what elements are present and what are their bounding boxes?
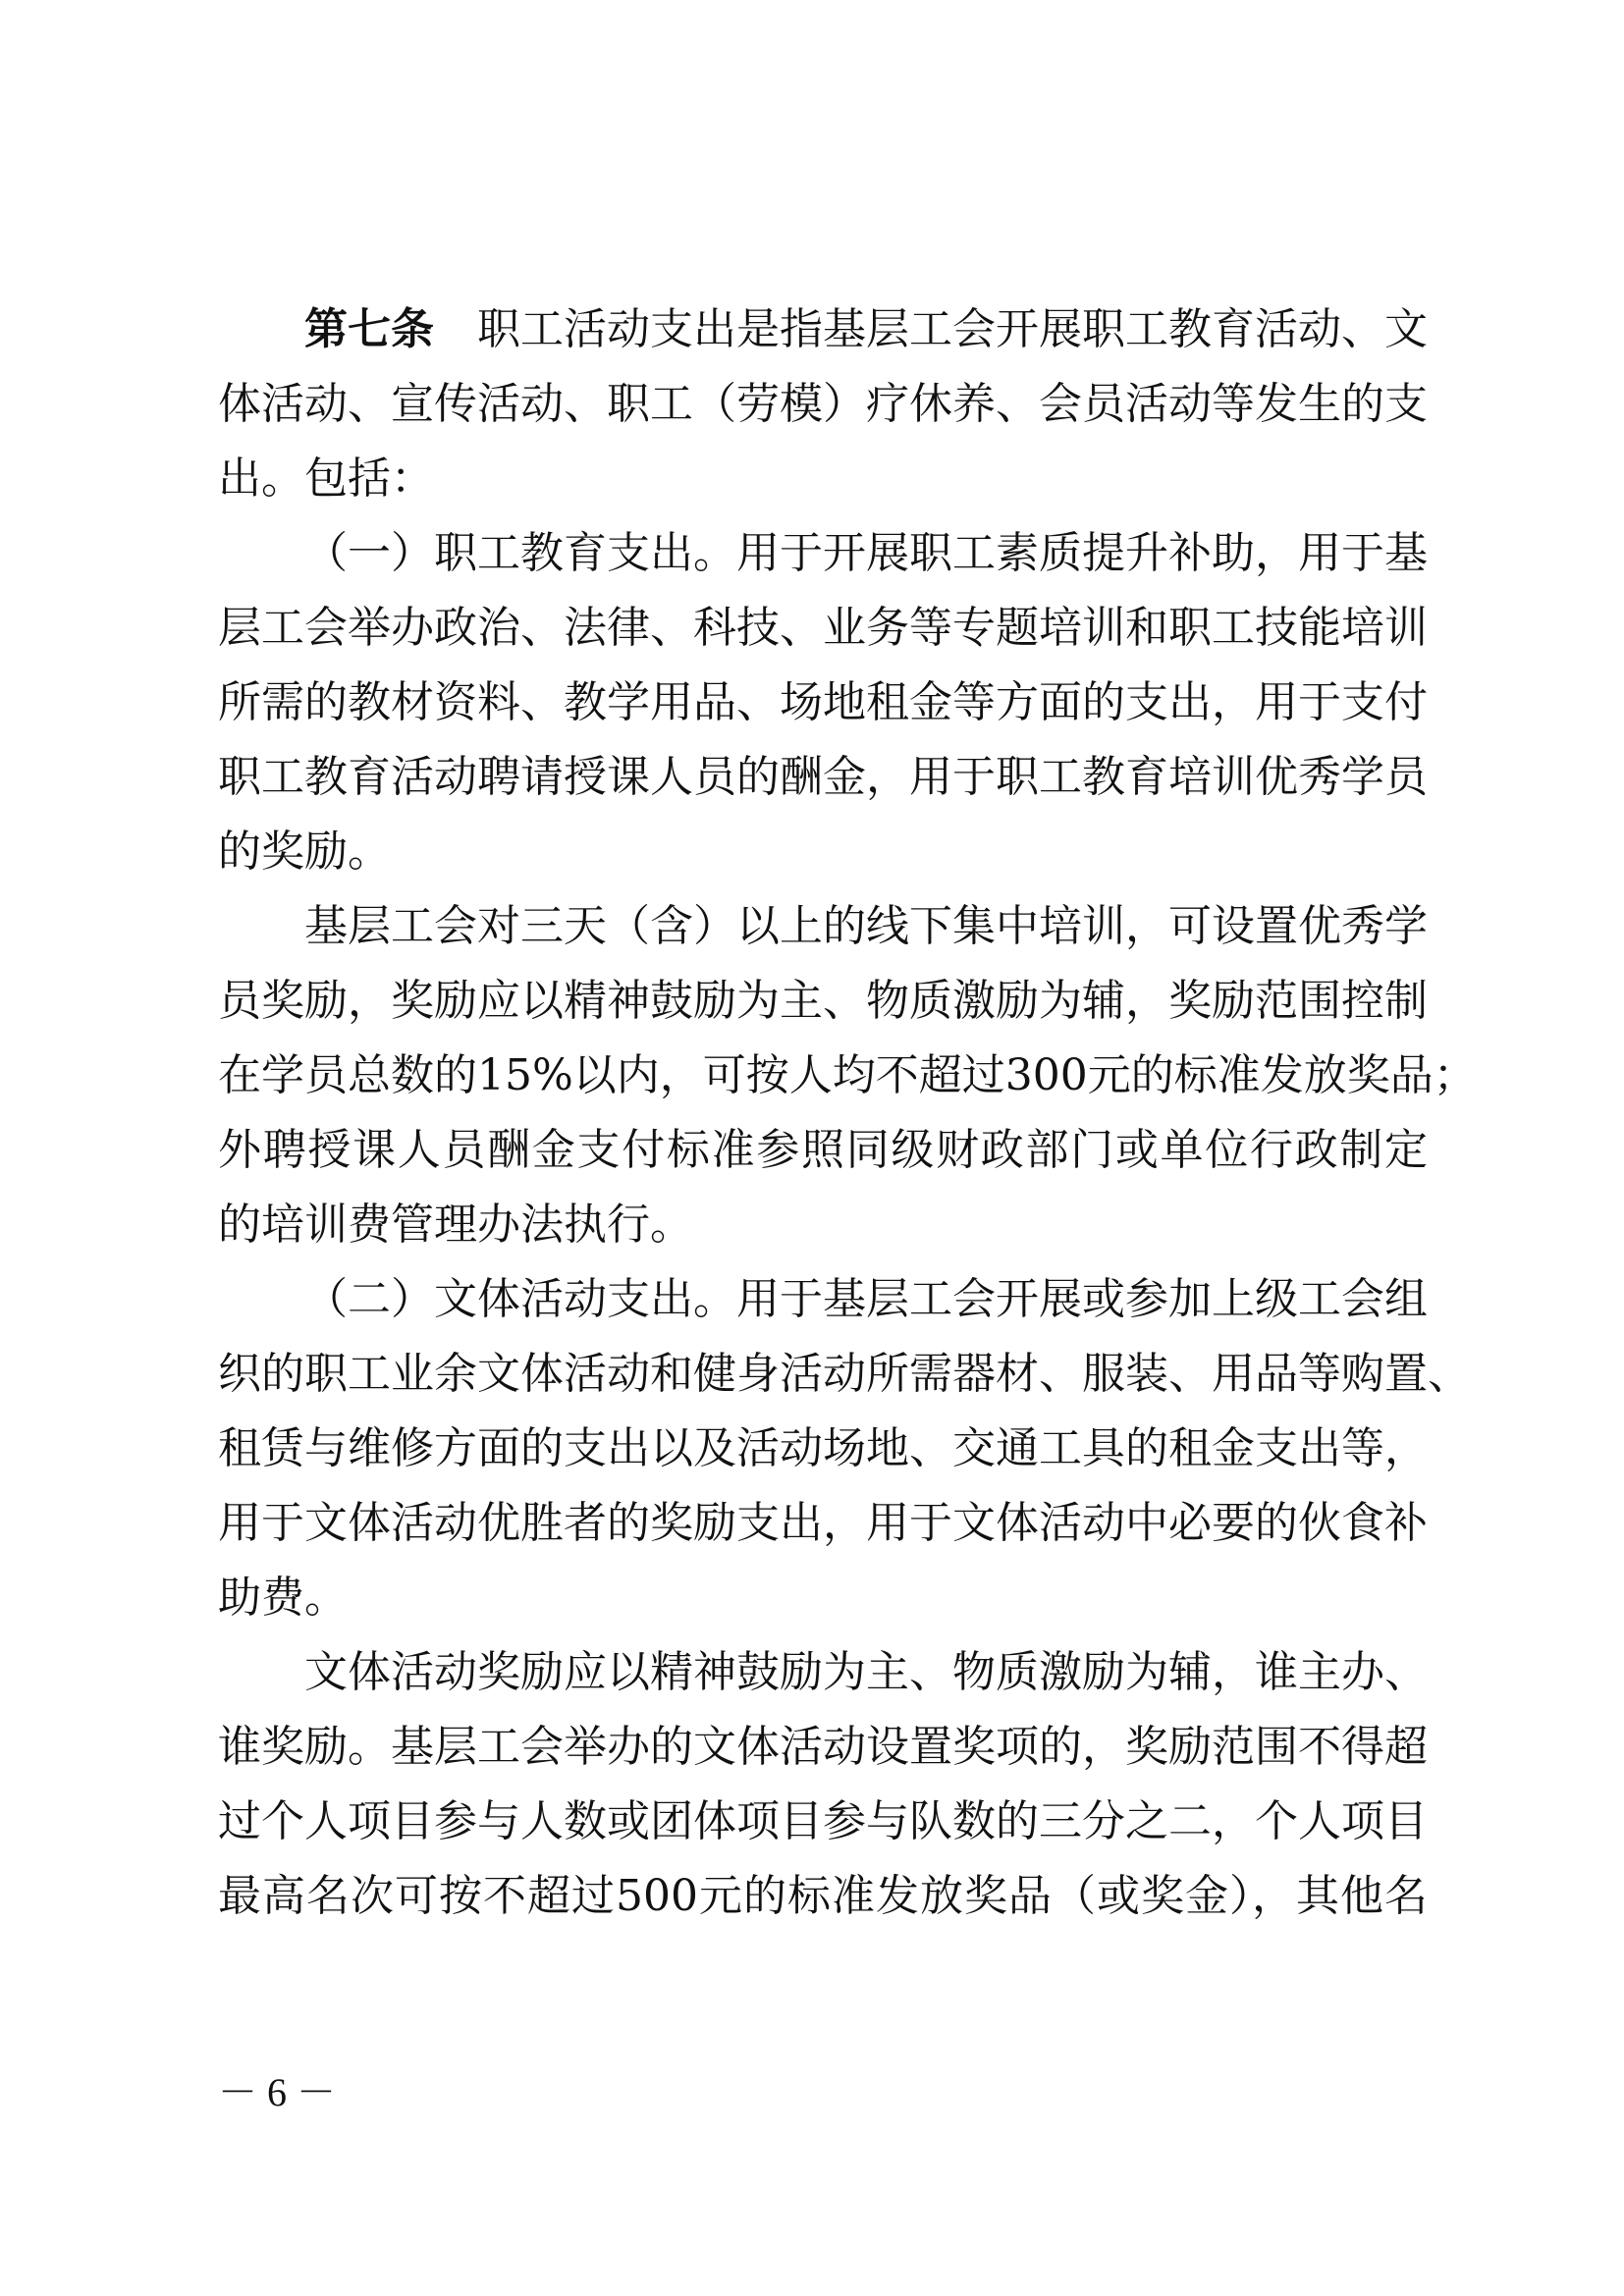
page-number: － 6 －	[218, 2061, 336, 2117]
line-text: 层工会举办政治、法律、科技、业务等专题培训和职工技能培训	[218, 603, 1428, 653]
line-text: 所需的教材资料、教学用品、场地租金等方面的支出，用于支付	[218, 677, 1428, 727]
text-line: 文体活动奖励应以精神鼓励为主、物质激励为辅，谁主办、	[218, 1633, 1428, 1712]
line-text: 谁奖励。基层工会举办的文体活动设置奖项的，奖励范围不得超	[218, 1722, 1428, 1772]
line-text: 出。包括：	[218, 454, 434, 504]
text-line: 织的职工业余文体活动和健身活动所需器材、服装、用品等购置、	[218, 1335, 1428, 1414]
line-text: 最高名次可按不超过500元的标准发放奖品（或奖金），其他名	[218, 1871, 1428, 1921]
line-text: 用于文体活动优胜者的奖励支出，用于文体活动中必要的伙食补	[218, 1498, 1428, 1548]
text-line: 外聘授课人员酬金支付标准参照同级财政部门或单位行政制定	[218, 1111, 1428, 1190]
line-text: 职工活动支出是指基层工会开展职工教育活动、文	[434, 304, 1428, 354]
line-text: 助费。	[218, 1573, 348, 1623]
line-text: 职工教育活动聘请授课人员的酬金，用于职工教育培训优秀学员	[218, 752, 1428, 802]
line-text: 的奖励。	[218, 827, 391, 877]
line-text: 租赁与维修方面的支出以及活动场地、交通工具的租金支出等，	[218, 1423, 1428, 1473]
line-text: 过个人项目参与人数或团体项目参与队数的三分之二，个人项目	[218, 1796, 1428, 1846]
text-line: 出。包括：	[218, 440, 1428, 518]
line-text: （二）文体活动支出。用于基层工会开展或参加上级工会组	[304, 1274, 1428, 1324]
text-line: （二）文体活动支出。用于基层工会开展或参加上级工会组	[218, 1260, 1428, 1339]
text-line: 体活动、宣传活动、职工（劳模）疗休养、会员活动等发生的支	[218, 365, 1428, 444]
text-line: 基层工会对三天（含）以上的线下集中培训，可设置优秀学	[218, 887, 1428, 966]
text-line: 第七条 职工活动支出是指基层工会开展职工教育活动、文	[218, 291, 1428, 369]
line-text: （一）职工教育支出。用于开展职工素质提升补助，用于基	[304, 528, 1428, 578]
text-line: 谁奖励。基层工会举办的文体活动设置奖项的，奖励范围不得超	[218, 1708, 1428, 1787]
line-text: 的培训费管理办法执行。	[218, 1200, 693, 1250]
article-heading: 第七条	[304, 304, 434, 354]
line-text: 在学员总数的15%以内，可按人均不超过300元的标准发放奖品；	[218, 1050, 1477, 1100]
text-line: （一）职工教育支出。用于开展职工素质提升补助，用于基	[218, 514, 1428, 593]
text-line: 最高名次可按不超过500元的标准发放奖品（或奖金），其他名	[218, 1857, 1428, 1936]
line-text: 员奖励，奖励应以精神鼓励为主、物质激励为辅，奖励范围控制	[218, 976, 1428, 1026]
text-line: 过个人项目参与人数或团体项目参与队数的三分之二，个人项目	[218, 1783, 1428, 1861]
text-line: 所需的教材资料、教学用品、场地租金等方面的支出，用于支付	[218, 664, 1428, 742]
text-line: 租赁与维修方面的支出以及活动场地、交通工具的租金支出等，	[218, 1410, 1428, 1488]
text-line: 员奖励，奖励应以精神鼓励为主、物质激励为辅，奖励范围控制	[218, 962, 1428, 1041]
line-text: 织的职工业余文体活动和健身活动所需器材、服装、用品等购置、	[218, 1349, 1471, 1399]
text-line: 的奖励。	[218, 813, 1428, 891]
line-text: 体活动、宣传活动、职工（劳模）疗休养、会员活动等发生的支	[218, 379, 1428, 429]
text-line: 的培训费管理办法执行。	[218, 1186, 1428, 1264]
text-line: 助费。	[218, 1559, 1428, 1637]
text-line: 用于文体活动优胜者的奖励支出，用于文体活动中必要的伙食补	[218, 1484, 1428, 1563]
text-line: 在学员总数的15%以内，可按人均不超过300元的标准发放奖品；	[218, 1037, 1428, 1115]
text-line: 职工教育活动聘请授课人员的酬金，用于职工教育培训优秀学员	[218, 738, 1428, 817]
text-line: 层工会举办政治、法律、科技、业务等专题培训和职工技能培训	[218, 589, 1428, 667]
line-text: 外聘授课人员酬金支付标准参照同级财政部门或单位行政制定	[218, 1125, 1428, 1175]
line-text: 文体活动奖励应以精神鼓励为主、物质激励为辅，谁主办、	[304, 1647, 1428, 1697]
line-text: 基层工会对三天（含）以上的线下集中培训，可设置优秀学	[304, 901, 1428, 951]
